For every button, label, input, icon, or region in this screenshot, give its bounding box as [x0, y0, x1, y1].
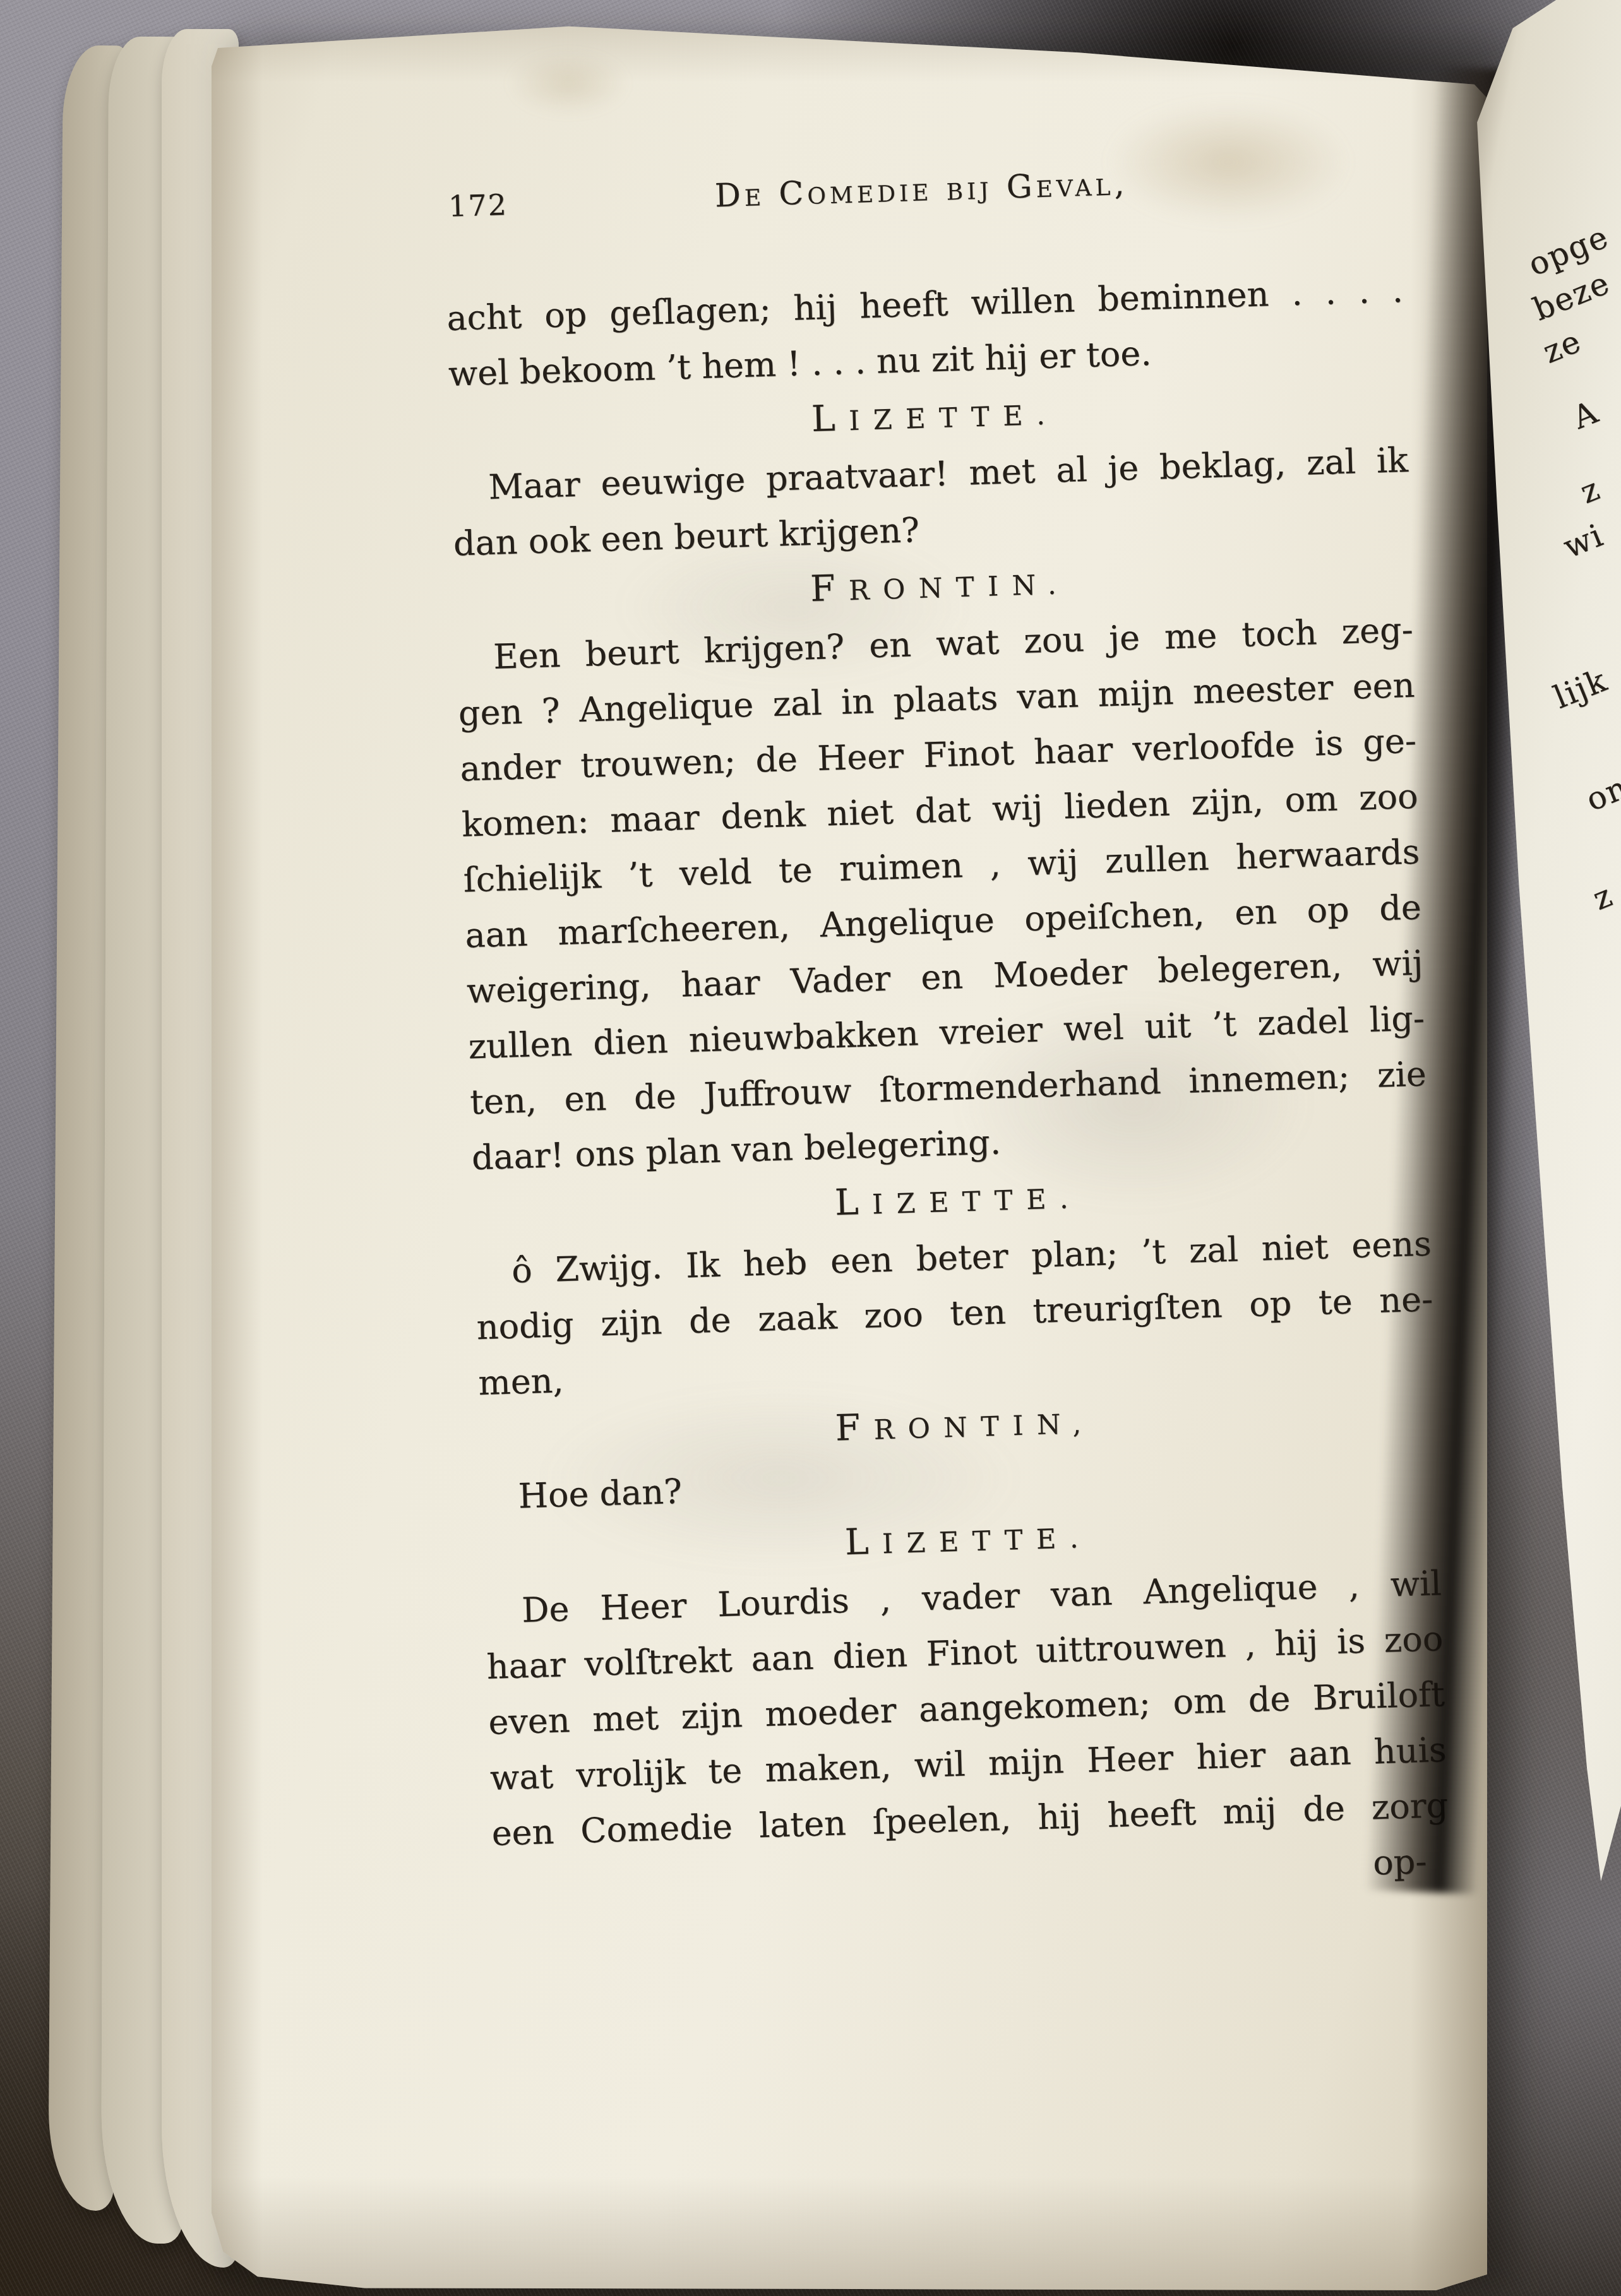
paper-stain: [508, 52, 628, 115]
partial-word: lijk: [1548, 662, 1612, 716]
dialogue-paragraph: ô Zwijg. Ik heb een beter plan; ’t zal n…: [474, 1216, 1435, 1411]
dialogue-paragraph: Een beurt krijgen? en wat zou je me toch…: [456, 602, 1428, 1186]
partial-word: on: [1581, 769, 1621, 819]
play-text: acht op geſlagen; hij heeft willen bemin…: [446, 263, 1451, 1917]
partial-word: ze: [1538, 323, 1586, 371]
page-header: 172 De Comedie bij Geval,: [443, 157, 1400, 231]
partial-word: z: [1575, 470, 1605, 511]
dialogue-paragraph: De Heer Lourdis , vader van Angelique , …: [484, 1555, 1449, 1862]
running-title: De Comedie bij Geval,: [443, 157, 1400, 223]
partial-word: z: [1588, 877, 1618, 917]
book-photo-scene: 172 De Comedie bij Geval, acht op geſlag…: [0, 0, 1621, 2296]
page-text-block: 172 De Comedie bij Geval, acht op geſlag…: [443, 157, 1451, 1917]
partial-word: A: [1568, 393, 1604, 436]
partial-word: wi: [1558, 516, 1608, 565]
book-page: 172 De Comedie bij Geval, acht op geſlag…: [212, 14, 1487, 2290]
